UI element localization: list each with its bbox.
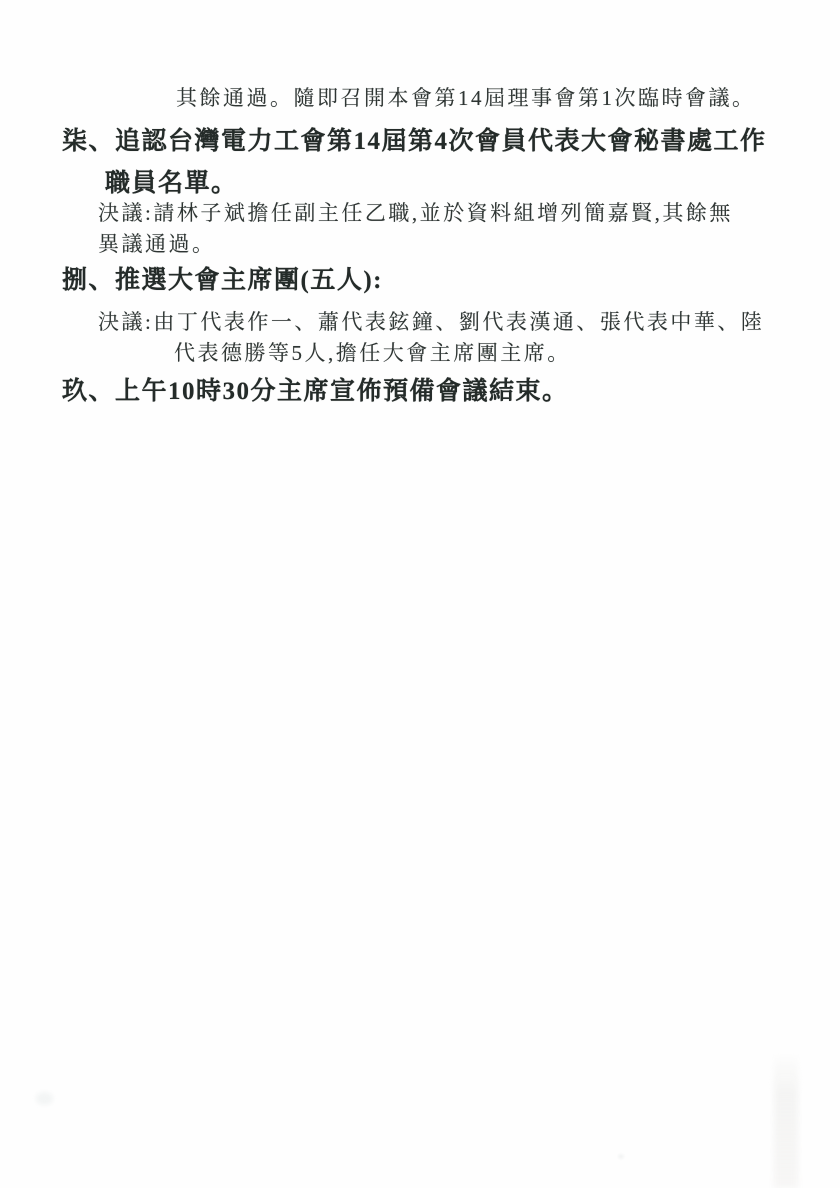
- scan-smudge-artifact: [36, 1092, 53, 1105]
- section-9-heading-line-1: 玖、上午10時30分主席宣佈預備會議結束。: [62, 376, 569, 407]
- section-8-resolution-line-2: 代表德勝等5人,擔任大會主席團主席。: [174, 340, 571, 366]
- section-8-heading-line-1: 捌、推選大會主席團(五人):: [62, 265, 383, 296]
- continuation-text-line: 其餘通過。隨即召開本會第14屆理事會第1次臨時會議。: [176, 85, 756, 111]
- scan-edge-shadow-artifact: [774, 1052, 798, 1188]
- section-7-heading-line-2: 職員名單。: [105, 168, 238, 199]
- scanned-document-page: 其餘通過。隨即召開本會第14屆理事會第1次臨時會議。 柒、追認台灣電力工會第14…: [0, 0, 840, 1188]
- section-8-resolution-line-1: 決議:由丁代表作一、蕭代表鉉鐘、劉代表漢通、張代表中華、陸: [98, 309, 764, 335]
- section-7-heading-line-1: 柒、追認台灣電力工會第14屆第4次會員代表大會秘書處工作: [62, 126, 767, 157]
- scan-speck-artifact: [618, 1154, 624, 1159]
- section-7-resolution-line-2: 異議通過。: [98, 231, 216, 257]
- section-7-resolution-line-1: 決議:請林子斌擔任副主任乙職,並於資料組增列簡嘉賢,其餘無: [98, 200, 733, 226]
